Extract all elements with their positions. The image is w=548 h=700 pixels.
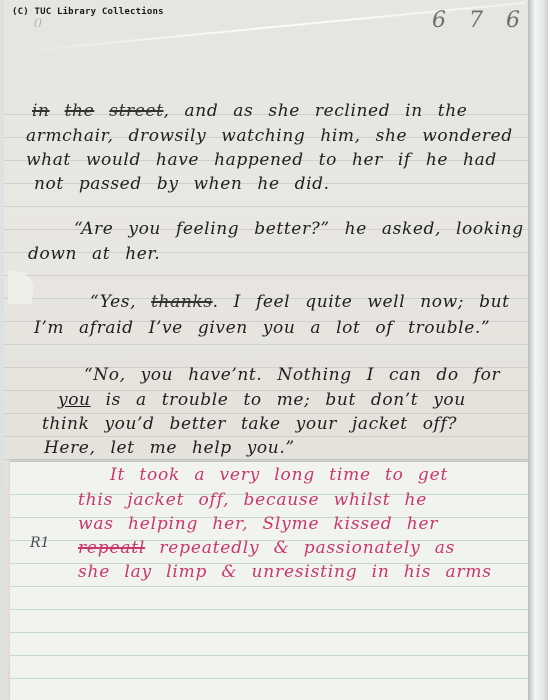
handwritten-line-1: in the street, and as she reclined in th… (32, 101, 548, 121)
copyright-watermark: (C) TUC Library Collections (12, 7, 164, 17)
page-number: 6 7 6 (432, 8, 528, 33)
handwritten-line-5: “Are you feeling better?” he asked, look… (74, 219, 548, 239)
revision-line-2: this jacket off, because whilst he (78, 490, 548, 510)
handwritten-line-8: I’m afraid I’ve given you a lot of troub… (34, 318, 548, 338)
line-text: is a trouble to me; but don’t you (106, 390, 466, 410)
struck-word: repeatl (78, 538, 145, 558)
line-text: , and as she reclined in the (164, 101, 468, 121)
handwritten-line-6: down at her. (28, 244, 548, 264)
handwritten-line-4: not passed by when he did. (34, 174, 548, 194)
handwritten-line-2: armchair, drowsily watching him, she won… (26, 126, 546, 146)
line-text: repeatedly & passionately as (159, 538, 455, 558)
handwritten-line-11: think you’d better take your jacket off? (42, 414, 548, 434)
line-text: “Yes, (90, 292, 136, 312)
scanner-edge (528, 0, 548, 700)
margin-note: R1 (30, 535, 49, 551)
revision-line-3: was helping her, Slyme kissed her (78, 514, 548, 534)
handwritten-line-10: you is a trouble to me; but don’t you (58, 390, 548, 410)
handwritten-line-12: Here, let me help you.” (44, 438, 548, 458)
handwritten-line-7: “Yes, thanks. I feel quite well now; but (90, 292, 548, 312)
handwritten-line-3: what would have happened to her if he ha… (26, 150, 546, 170)
struck-word: street (109, 101, 163, 121)
line-text: . I feel quite well now; but (213, 292, 510, 312)
revision-line-4: repeatl repeatedly & passionately as (78, 538, 548, 558)
revision-line-1: It took a very long time to get (110, 465, 548, 485)
struck-word: the (65, 101, 95, 121)
handwritten-line-9: “No, you have’nt. Nothing I can do for (84, 365, 548, 385)
faint-corner-mark: () (34, 18, 42, 29)
struck-word: in (32, 101, 50, 121)
struck-word: thanks (151, 292, 213, 312)
revision-line-5: she lay limp & unresisting in his arms (78, 562, 548, 582)
underlined-word: you (58, 390, 91, 410)
scanned-page: (C) TUC Library Collections () 6 7 6 in … (0, 0, 548, 700)
